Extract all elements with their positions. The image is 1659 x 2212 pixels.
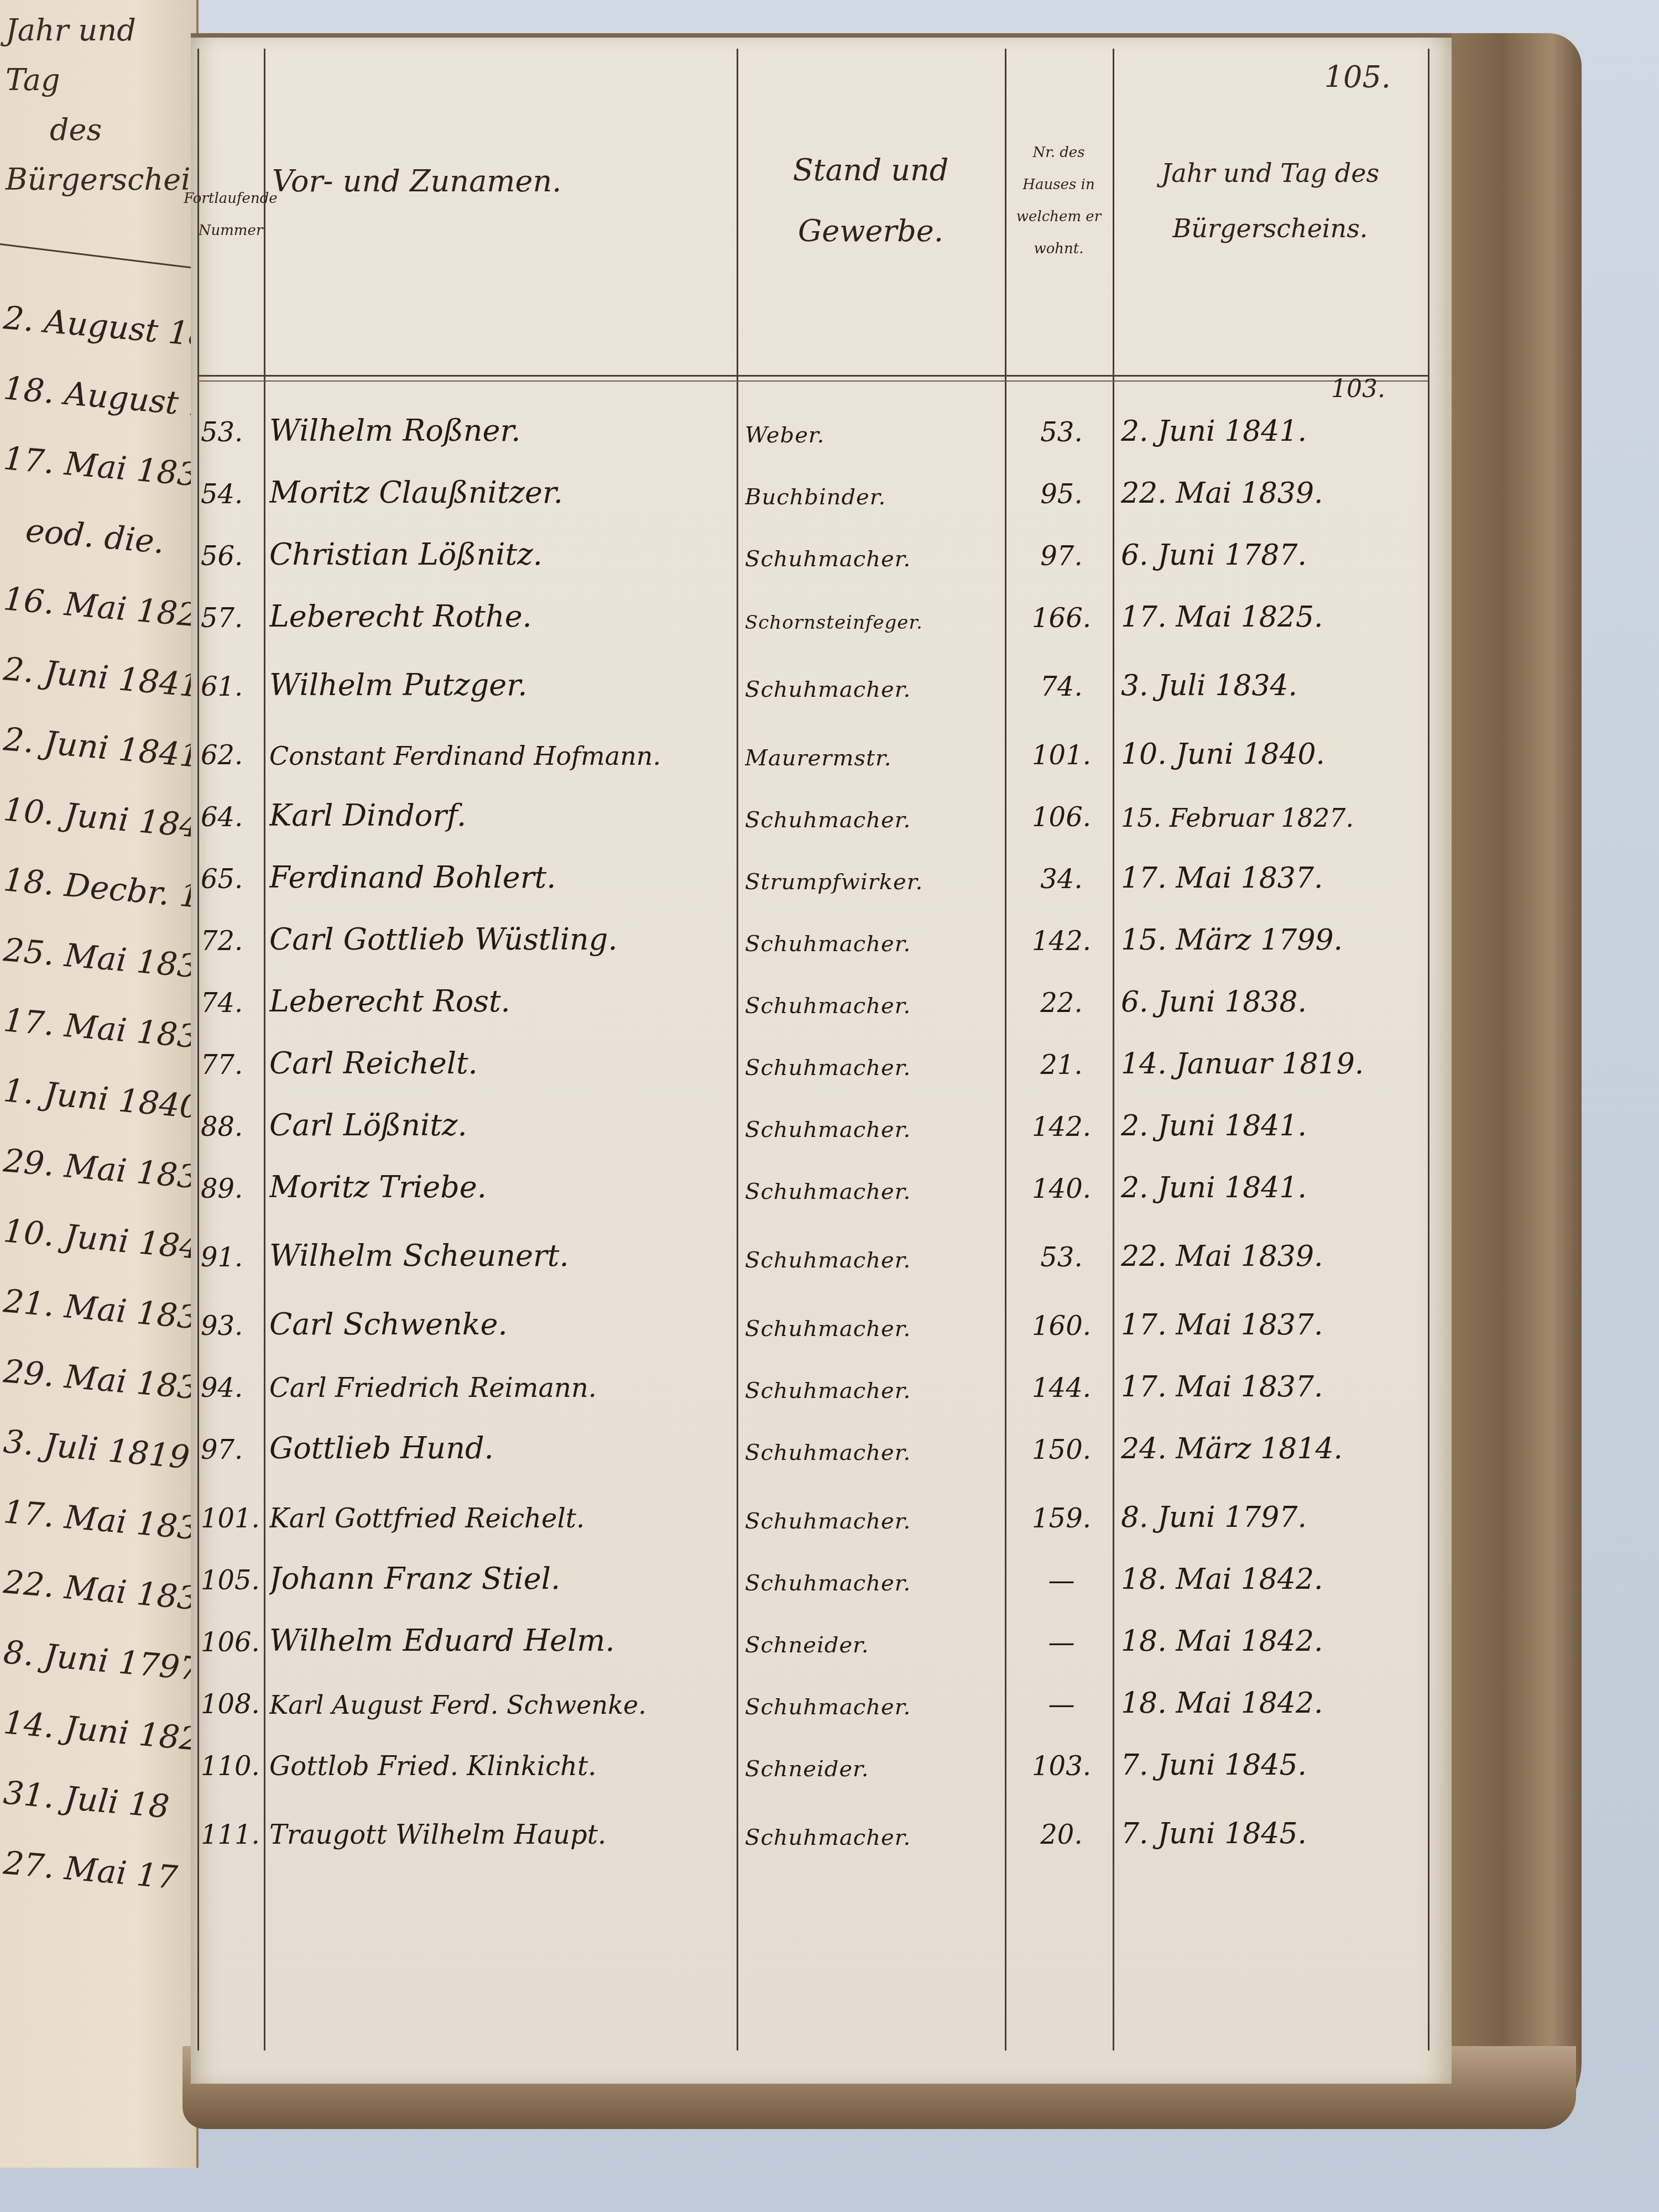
entry-number: 97.: [201, 1434, 262, 1465]
entry-number: 88.: [201, 1112, 262, 1142]
entry-certificate-date: 17. Mai 1837.: [1121, 1308, 1420, 1342]
entry-number: 111.: [201, 1819, 262, 1850]
entry-name: Wilhelm Eduard Helm.: [269, 1623, 728, 1658]
entry-certificate-date: 15. März 1799.: [1121, 924, 1420, 957]
entry-number: 77.: [201, 1050, 262, 1081]
entry-house-number: —: [1013, 1627, 1110, 1658]
entry-name: Wilhelm Roßner.: [269, 413, 728, 448]
entry-number: 57.: [201, 603, 262, 634]
entry-occupation: Schuhmacher.: [745, 1571, 994, 1596]
entry-house-number: 160.: [1013, 1311, 1110, 1342]
header-job: Stand und Gewerbe.: [739, 71, 1002, 331]
entry-number: 106.: [201, 1627, 262, 1658]
table-row: 62. Constant Ferdinand Hofmann. Maurerms…: [197, 714, 1428, 783]
table-row: 111. Traugott Wilhelm Haupt. Schuhmacher…: [197, 1794, 1428, 1863]
entry-number: 74.: [201, 988, 262, 1019]
entry-occupation: Schuhmacher.: [745, 1440, 994, 1465]
table-row: 72. Carl Gottlieb Wüstling. Schuhmacher.…: [197, 907, 1428, 969]
entry-certificate-date: 14. Januar 1819.: [1121, 1047, 1420, 1081]
entry-name: Karl Gottfried Reichelt.: [269, 1503, 728, 1534]
entry-certificate-date: 3. Juli 1834.: [1121, 669, 1420, 702]
entry-number: 93.: [201, 1311, 262, 1342]
entry-certificate-date: 6. Juni 1787.: [1121, 539, 1420, 572]
table-row: 103. 53. Wilhelm Roßner. Weber. 53. 2. J…: [197, 392, 1428, 460]
entry-certificate-date: 18. Mai 1842.: [1121, 1563, 1420, 1596]
entry-occupation: Schuhmacher.: [745, 677, 994, 702]
entry-certificate-date: 2. Juni 1841.: [1121, 1171, 1420, 1204]
entry-house-number: 142.: [1013, 926, 1110, 957]
entry-certificate-date: 6. Juni 1838.: [1121, 985, 1420, 1019]
table-row: 94. Carl Friedrich Reimann. Schuhmacher.…: [197, 1354, 1428, 1416]
entry-certificate-date: 2. Juni 1841.: [1121, 1109, 1420, 1142]
entry-occupation: Schornsteinfeger.: [745, 612, 994, 634]
entry-name: Karl August Ferd. Schwenke.: [269, 1690, 728, 1720]
entry-occupation: Weber.: [745, 422, 994, 448]
table-row: 101. Karl Gottfried Reichelt. Schuhmache…: [197, 1478, 1428, 1546]
entry-house-number: 103.: [1013, 1751, 1110, 1782]
left-header-line: des: [6, 105, 194, 155]
entry-number: 91.: [201, 1242, 262, 1273]
table-row: 106. Wilhelm Eduard Helm. Schneider. — 1…: [197, 1608, 1428, 1670]
entry-certificate-date: 18. Mai 1842.: [1121, 1687, 1420, 1720]
entry-name: Gottlieb Hund.: [269, 1431, 728, 1465]
header-haus: Nr. des Hauses in welchem er wohnt.: [1008, 71, 1110, 331]
ledger-table: Fortlaufende Nummer Vor- und Zunamen. St…: [197, 49, 1428, 2051]
table-row: 77. Carl Reichelt. Schuhmacher. 21. 14. …: [197, 1031, 1428, 1093]
entry-certificate-date: 8. Juni 1797.: [1121, 1501, 1420, 1534]
entry-house-number: 144.: [1013, 1373, 1110, 1404]
entry-occupation: Schneider.: [745, 1756, 994, 1782]
entry-number: 110.: [201, 1751, 262, 1782]
entry-house-number: 22.: [1013, 988, 1110, 1019]
table-row: 93. Carl Schwenke. Schuhmacher. 160. 17.…: [197, 1285, 1428, 1354]
header-date: Jahr und Tag des Bürgerscheins.: [1115, 71, 1425, 331]
entry-occupation: Schuhmacher.: [745, 931, 994, 957]
entry-occupation: Strumpfwirker.: [745, 869, 994, 895]
entry-certificate-date: 18. Mai 1842.: [1121, 1625, 1420, 1658]
entry-certificate-date: 17. Mai 1837.: [1121, 1370, 1420, 1404]
left-header-line: Jahr und Tag: [6, 6, 194, 105]
entry-number: 101.: [201, 1503, 262, 1534]
header-divider: [197, 380, 1428, 382]
entry-number: 56.: [201, 541, 262, 572]
entry-house-number: 20.: [1013, 1819, 1110, 1850]
entry-occupation: Schuhmacher.: [745, 807, 994, 833]
entry-number: 94.: [201, 1373, 262, 1404]
table-row: 89. Moritz Triebe. Schuhmacher. 140. 2. …: [197, 1155, 1428, 1217]
entry-name: Wilhelm Putzger.: [269, 667, 728, 702]
entry-name: Traugott Wilhelm Haupt.: [269, 1819, 728, 1850]
entry-number: 54.: [201, 479, 262, 510]
entry-name: Carl Reichelt.: [269, 1046, 728, 1081]
entry-house-number: 97.: [1013, 541, 1110, 572]
entry-number: 89.: [201, 1173, 262, 1204]
entry-certificate-date: 22. Mai 1839.: [1121, 477, 1420, 510]
entry-certificate-date: 17. Mai 1825.: [1121, 601, 1420, 634]
entry-name: Leberecht Rost.: [269, 984, 728, 1019]
entry-name: Carl Schwenke.: [269, 1307, 728, 1342]
table-row: 61. Wilhelm Putzger. Schuhmacher. 74. 3.…: [197, 646, 1428, 714]
table-row: 64. Karl Dindorf. Schuhmacher. 106. 15. …: [197, 783, 1428, 845]
column-rule: [1428, 49, 1430, 2051]
entry-certificate-date: 17. Mai 1837.: [1121, 862, 1420, 895]
header-nr: Fortlaufende Nummer: [200, 71, 262, 358]
entry-house-number: 150.: [1013, 1434, 1110, 1465]
entry-house-number: 53.: [1013, 1242, 1110, 1273]
left-header-line: Bürgerscheins: [6, 155, 194, 205]
entry-name: Carl Lößnitz.: [269, 1108, 728, 1142]
entry-occupation: Schuhmacher.: [745, 546, 994, 572]
entry-number: 64.: [201, 802, 262, 833]
entry-occupation: Schuhmacher.: [745, 1509, 994, 1534]
entry-house-number: 34.: [1013, 864, 1110, 895]
entry-name: Carl Friedrich Reimann.: [269, 1373, 728, 1404]
entry-house-number: 140.: [1013, 1173, 1110, 1204]
entry-occupation: Schuhmacher.: [745, 1117, 994, 1142]
entry-number: 62.: [201, 740, 262, 771]
entry-name: Ferdinand Bohlert.: [269, 860, 728, 895]
entry-house-number: 21.: [1013, 1050, 1110, 1081]
entry-occupation: Schuhmacher.: [745, 1055, 994, 1081]
entry-house-number: 159.: [1013, 1503, 1110, 1534]
entry-occupation: Schuhmacher.: [745, 1694, 994, 1720]
table-row: 65. Ferdinand Bohlert. Strumpfwirker. 34…: [197, 845, 1428, 907]
entry-name: Carl Gottlieb Wüstling.: [269, 922, 728, 957]
entry-name: Christian Lößnitz.: [269, 537, 728, 572]
entry-house-number: 101.: [1013, 740, 1110, 771]
table-row: 74. Leberecht Rost. Schuhmacher. 22. 6. …: [197, 969, 1428, 1031]
entry-house-number: 106.: [1013, 802, 1110, 833]
register-page: 105. Fortlaufende Nummer Vor- und Zuname…: [191, 33, 1452, 2084]
entry-number: 105.: [201, 1565, 262, 1596]
entry-number: 108.: [201, 1689, 262, 1720]
entry-house-number: —: [1013, 1565, 1110, 1596]
entry-occupation: Schuhmacher.: [745, 993, 994, 1019]
table-row: 88. Carl Lößnitz. Schuhmacher. 142. 2. J…: [197, 1093, 1428, 1155]
left-page-header: Jahr und Tag des Bürgerscheins: [6, 6, 194, 205]
table-row: 97. Gottlieb Hund. Schuhmacher. 150. 24.…: [197, 1416, 1428, 1478]
entry-certificate-date: 10. Juni 1840.: [1121, 738, 1420, 771]
entry-certificate-date: 7. Juni 1845.: [1121, 1749, 1420, 1782]
entry-house-number: 142.: [1013, 1112, 1110, 1142]
entry-name: Karl Dindorf.: [269, 798, 728, 833]
entry-name: Leberecht Rothe.: [269, 599, 728, 634]
entry-number: 72.: [201, 926, 262, 957]
entry-name: Moritz Claußnitzer.: [269, 475, 728, 510]
entry-occupation: Schneider.: [745, 1632, 994, 1658]
entry-occupation: Buchbinder.: [745, 484, 994, 510]
entry-house-number: 166.: [1013, 603, 1110, 634]
table-row: 110. Gottlob Fried. Klinkicht. Schneider…: [197, 1732, 1428, 1794]
left-header-rule: [0, 243, 197, 269]
entry-house-number: —: [1013, 1689, 1110, 1720]
entry-occupation: Schuhmacher.: [745, 1179, 994, 1204]
table-row: 105. Johann Franz Stiel. Schuhmacher. — …: [197, 1546, 1428, 1608]
entry-name: Johann Franz Stiel.: [269, 1561, 728, 1596]
ledger-rows: 103. 53. Wilhelm Roßner. Weber. 53. 2. J…: [197, 392, 1428, 1863]
entry-number: 61.: [201, 671, 262, 702]
entry-name: Gottlob Fried. Klinkicht.: [269, 1751, 728, 1782]
table-row: 108. Karl August Ferd. Schwenke. Schuhma…: [197, 1670, 1428, 1732]
header-name: Vor- und Zunamen.: [267, 71, 739, 292]
entry-certificate-date: 24. März 1814.: [1121, 1432, 1420, 1465]
table-row: 91. Wilhelm Scheunert. Schuhmacher. 53. …: [197, 1217, 1428, 1285]
entry-occupation: Schuhmacher.: [745, 1316, 994, 1342]
header-divider: [197, 375, 1428, 377]
entry-house-number: 95.: [1013, 479, 1110, 510]
entry-name: Wilhelm Scheunert.: [269, 1238, 728, 1273]
table-row: 56. Christian Lößnitz. Schuhmacher. 97. …: [197, 522, 1428, 584]
entry-certificate-date: 2. Juni 1841.: [1121, 415, 1420, 448]
entry-number: 53.: [201, 417, 262, 448]
entry-house-number: 74.: [1013, 671, 1110, 702]
margin-annotation: 103.: [1331, 375, 1385, 403]
entry-certificate-date: 7. Juni 1845.: [1121, 1817, 1420, 1850]
entry-name: Moritz Triebe.: [269, 1170, 728, 1204]
entry-occupation: Schuhmacher.: [745, 1378, 994, 1404]
entry-occupation: Schuhmacher.: [745, 1248, 994, 1273]
left-page: Jahr und Tag des Bürgerscheins 2. August…: [0, 0, 199, 2168]
entry-occupation: Schuhmacher.: [745, 1825, 994, 1850]
entry-certificate-date: 22. Mai 1839.: [1121, 1240, 1420, 1273]
left-date-column: 2. August 1810 18. August 1820 17. Mai 1…: [2, 299, 199, 1914]
entry-occupation: Maurermstr.: [745, 745, 994, 771]
entry-certificate-date: 15. Februar 1827.: [1121, 803, 1420, 833]
entry-name: Constant Ferdinand Hofmann.: [269, 741, 728, 771]
entry-house-number: 53.: [1013, 417, 1110, 448]
table-row: 54. Moritz Claußnitzer. Buchbinder. 95. …: [197, 460, 1428, 522]
table-row: 57. Leberecht Rothe. Schornsteinfeger. 1…: [197, 584, 1428, 646]
entry-number: 65.: [201, 864, 262, 895]
